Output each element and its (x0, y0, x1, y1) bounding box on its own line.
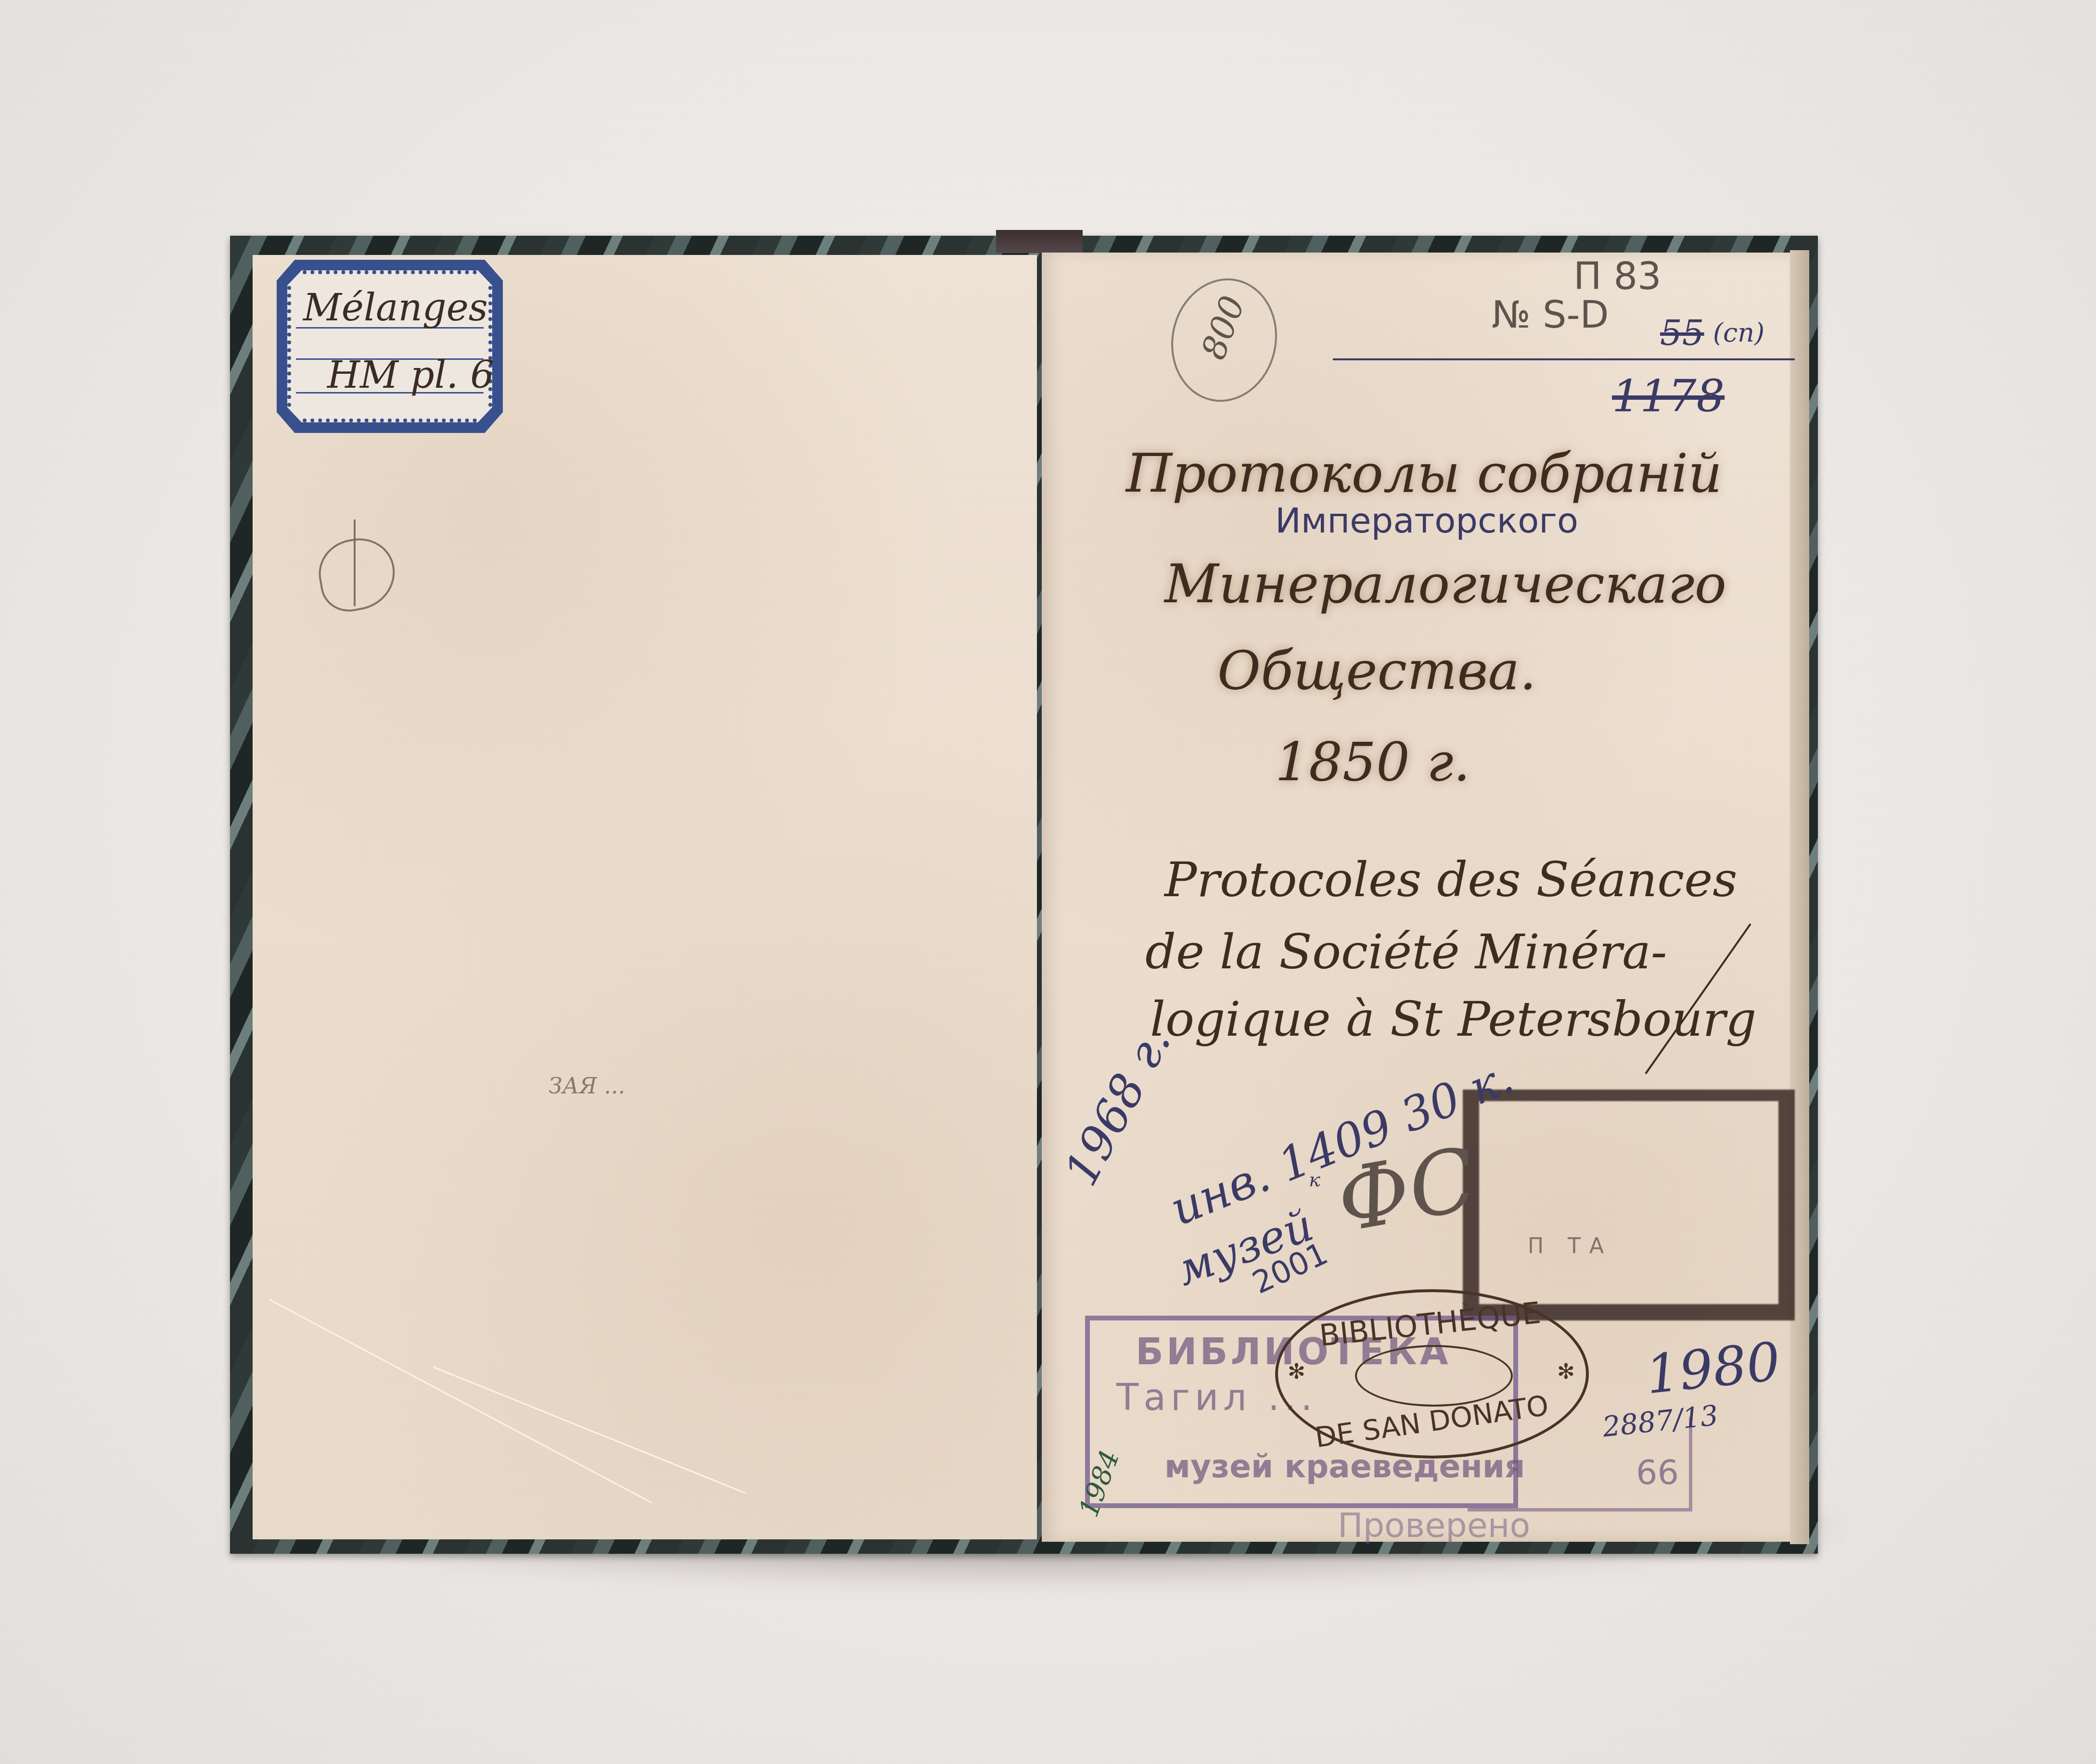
title-ru-inserted: Императорского (1275, 500, 1578, 541)
shelfmark-underline (1333, 358, 1795, 360)
page-block-edge (1790, 250, 1809, 1544)
asterisk-icon: ✻ (1288, 1359, 1305, 1384)
violet-stamp-number: 66 (1636, 1453, 1679, 1492)
faint-offset-text: ЗАЯ ... (549, 1073, 625, 1099)
title-year: 1850 г. (1275, 731, 1470, 793)
black-stamp-text: П ТА (1528, 1234, 1612, 1258)
title-fr-line1: Protocoles des Séances (1164, 851, 1738, 908)
san-donato-oval-stamp: BIBLIOTHÈQUE DE SAN DONATO ✻ ✻ (1275, 1289, 1589, 1459)
oval-stamp-top-text: BIBLIOTHÈQUE (1317, 1295, 1542, 1353)
shelfmark-number: 55 (1660, 313, 1704, 353)
title-fr-line2: de la Société Minéra- (1145, 924, 1667, 980)
black-rectangular-stamp (1463, 1090, 1795, 1320)
title-fr-line3: logique à St Petersbourg (1150, 991, 1756, 1047)
violet-stamp-checked: Проверено (1338, 1506, 1530, 1545)
label-title: Mélanges (303, 286, 488, 330)
spine-top (996, 230, 1083, 253)
shelfmark-top: П 83 (1573, 255, 1661, 298)
title-ru-line1: Протоколы собраній (1126, 443, 1722, 504)
struck-number: 1178 (1612, 370, 1725, 422)
asterisk-icon: ✻ (1557, 1359, 1575, 1384)
bookplate-label: Mélanges HM pl. 6 (277, 260, 503, 433)
shelfmark-paren: (сп) (1713, 317, 1764, 348)
left-endpaper (253, 255, 1037, 1539)
label-shelfmark: HM pl. 6 (327, 354, 494, 397)
shelfmark-sd: № S-D (1492, 293, 1609, 337)
title-ru-line4: Общества. (1217, 640, 1536, 701)
title-ru-line3: Минералогическаго (1164, 553, 1726, 615)
museum-k: к (1309, 1169, 1320, 1191)
pencil-phi-stem (354, 520, 356, 606)
